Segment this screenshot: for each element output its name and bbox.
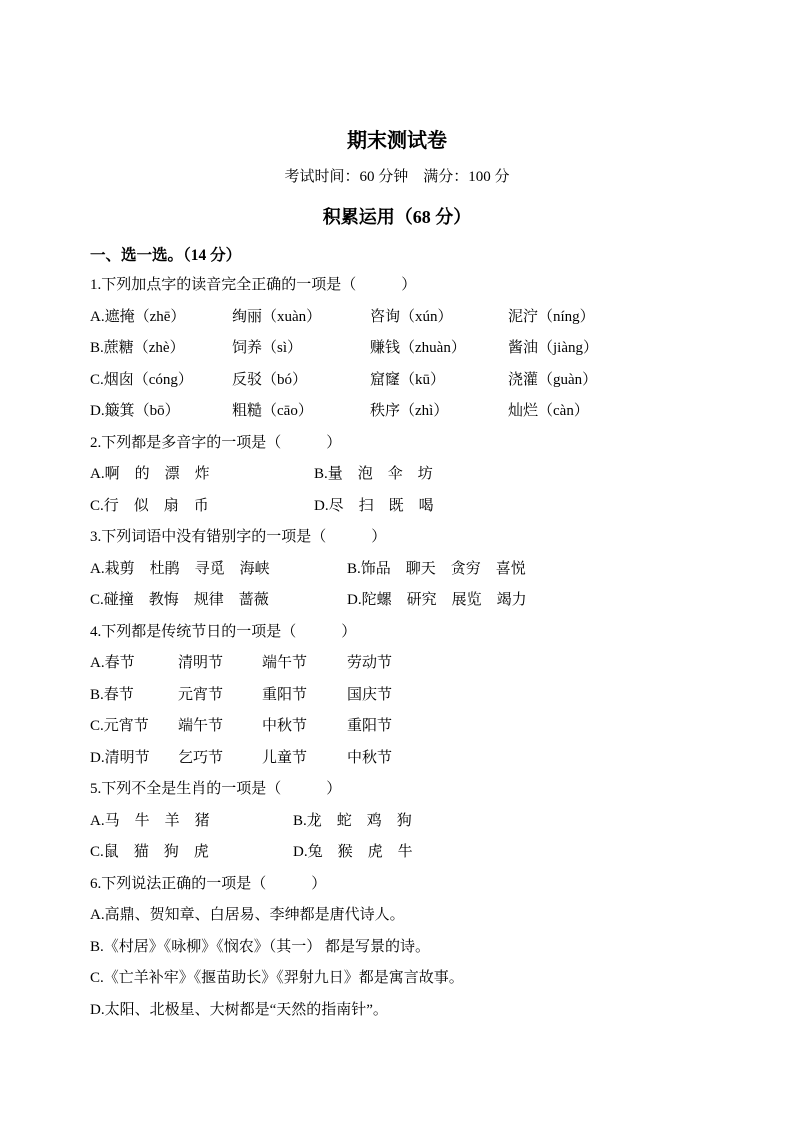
option-cell: 秩序（zhì） [370, 396, 508, 428]
option-cell: A.马 牛 羊 猪 [90, 806, 293, 838]
question-stem: 5.下列不全是生肖的一项是（ ） [90, 774, 704, 806]
option-row: C.元宵节 端午节 中秋节 重阳节 [90, 711, 704, 743]
option-cell: A.遮掩（zhē） [90, 302, 232, 334]
option-cell: D.陀螺 研究 展览 竭力 [347, 585, 704, 617]
question-stem: 2.下列都是多音字的一项是（ ） [90, 428, 704, 460]
option-line: D.太阳、北极星、大树都是“天然的指南针”。 [90, 995, 704, 1027]
question-stem: 4.下列都是传统节日的一项是（ ） [90, 617, 704, 649]
option-cell: 反驳（bó） [232, 365, 370, 397]
option-cell: 元宵节 [178, 680, 262, 712]
option-cell: C.元宵节 [90, 711, 178, 743]
option-cell: 饲养（sì） [232, 333, 370, 365]
option-cell: 酱油（jiàng） [508, 333, 704, 365]
question-5: 5.下列不全是生肖的一项是（ ） A.马 牛 羊 猪 B.龙 蛇 鸡 狗 C.鼠… [90, 774, 704, 869]
option-cell: 端午节 [262, 648, 347, 680]
option-line: B.《村居》《咏柳》《悯农》（其一） 都是写景的诗。 [90, 932, 704, 964]
option-cell: C.烟囱（cóng） [90, 365, 232, 397]
option-cell: B.量 泡 伞 坊 [314, 459, 704, 491]
option-cell: 灿烂（càn） [508, 396, 704, 428]
option-cell: D.兔 猴 虎 牛 [293, 837, 704, 869]
option-row: A.遮掩（zhē） 绚丽（xuàn） 咨询（xún） 泥泞（níng） [90, 302, 704, 334]
page-title: 期末测试卷 [90, 128, 704, 154]
option-cell: A.啊 的 漂 炸 [90, 459, 314, 491]
option-cell: D.簸箕（bō） [90, 396, 232, 428]
option-cell: 窟窿（kū） [370, 365, 508, 397]
option-row: D.簸箕（bō） 粗糙（cāo） 秩序（zhì） 灿烂（càn） [90, 396, 704, 428]
option-cell: 劳动节 [347, 648, 704, 680]
option-cell: C.鼠 猫 狗 虎 [90, 837, 293, 869]
question-stem: 6.下列说法正确的一项是（ ） [90, 869, 704, 901]
option-cell: 赚钱（zhuàn） [370, 333, 508, 365]
document-page: 期末测试卷 考试时间：60 分钟 满分：100 分 积累运用（68 分） 一、选… [0, 0, 794, 1123]
option-row: C.烟囱（cóng） 反驳（bó） 窟窿（kū） 浇灌（guàn） [90, 365, 704, 397]
option-cell: 清明节 [178, 648, 262, 680]
option-cell: A.栽剪 杜鹃 寻觅 海峡 [90, 554, 347, 586]
question-2: 2.下列都是多音字的一项是（ ） A.啊 的 漂 炸 B.量 泡 伞 坊 C.行… [90, 428, 704, 523]
option-cell: D.清明节 [90, 743, 178, 775]
option-row: C.碰撞 教悔 规律 蔷薇 D.陀螺 研究 展览 竭力 [90, 585, 704, 617]
option-row: A.春节 清明节 端午节 劳动节 [90, 648, 704, 680]
part-heading: 一、选一选。（14 分） [90, 242, 704, 270]
option-cell: 重阳节 [347, 711, 704, 743]
option-cell: 重阳节 [262, 680, 347, 712]
option-row: A.马 牛 羊 猪 B.龙 蛇 鸡 狗 [90, 806, 704, 838]
option-cell: C.行 似 扇 币 [90, 491, 314, 523]
option-row: B.春节 元宵节 重阳节 国庆节 [90, 680, 704, 712]
option-line: C.《亡羊补牢》《揠苗助长》《羿射九日》都是寓言故事。 [90, 963, 704, 995]
option-row: A.啊 的 漂 炸 B.量 泡 伞 坊 [90, 459, 704, 491]
option-cell: B.龙 蛇 鸡 狗 [293, 806, 704, 838]
question-6: 6.下列说法正确的一项是（ ） A.高鼎、贺知章、白居易、李绅都是唐代诗人。 B… [90, 869, 704, 1027]
option-cell: 儿童节 [262, 743, 347, 775]
question-3: 3.下列词语中没有错别字的一项是（ ） A.栽剪 杜鹃 寻觅 海峡 B.饰品 聊… [90, 522, 704, 617]
option-cell: 绚丽（xuàn） [232, 302, 370, 334]
option-cell: 泥泞（níng） [508, 302, 704, 334]
option-row: C.鼠 猫 狗 虎 D.兔 猴 虎 牛 [90, 837, 704, 869]
option-cell: 国庆节 [347, 680, 704, 712]
option-cell: B.饰品 聊天 贪穷 喜悦 [347, 554, 704, 586]
option-cell: B.蔗糖（zhè） [90, 333, 232, 365]
option-cell: 端午节 [178, 711, 262, 743]
option-cell: 乞巧节 [178, 743, 262, 775]
option-row: C.行 似 扇 币 D.尽 扫 既 喝 [90, 491, 704, 523]
question-1: 1.下列加点字的读音完全正确的一项是（ ） A.遮掩（zhē） 绚丽（xuàn）… [90, 270, 704, 428]
option-row: B.蔗糖（zhè） 饲养（sì） 赚钱（zhuàn） 酱油（jiàng） [90, 333, 704, 365]
section-heading: 积累运用（68 分） [90, 204, 704, 230]
option-cell: 粗糙（cāo） [232, 396, 370, 428]
option-cell: 中秋节 [347, 743, 704, 775]
question-4: 4.下列都是传统节日的一项是（ ） A.春节 清明节 端午节 劳动节 B.春节 … [90, 617, 704, 775]
option-row: A.栽剪 杜鹃 寻觅 海峡 B.饰品 聊天 贪穷 喜悦 [90, 554, 704, 586]
exam-meta: 考试时间：60 分钟 满分：100 分 [90, 166, 704, 188]
option-row: D.清明节 乞巧节 儿童节 中秋节 [90, 743, 704, 775]
option-cell: C.碰撞 教悔 规律 蔷薇 [90, 585, 347, 617]
question-stem: 1.下列加点字的读音完全正确的一项是（ ） [90, 270, 704, 302]
option-cell: A.春节 [90, 648, 178, 680]
option-cell: B.春节 [90, 680, 178, 712]
option-line: A.高鼎、贺知章、白居易、李绅都是唐代诗人。 [90, 900, 704, 932]
option-cell: D.尽 扫 既 喝 [314, 491, 704, 523]
option-cell: 咨询（xún） [370, 302, 508, 334]
option-cell: 中秋节 [262, 711, 347, 743]
question-stem: 3.下列词语中没有错别字的一项是（ ） [90, 522, 704, 554]
option-cell: 浇灌（guàn） [508, 365, 704, 397]
